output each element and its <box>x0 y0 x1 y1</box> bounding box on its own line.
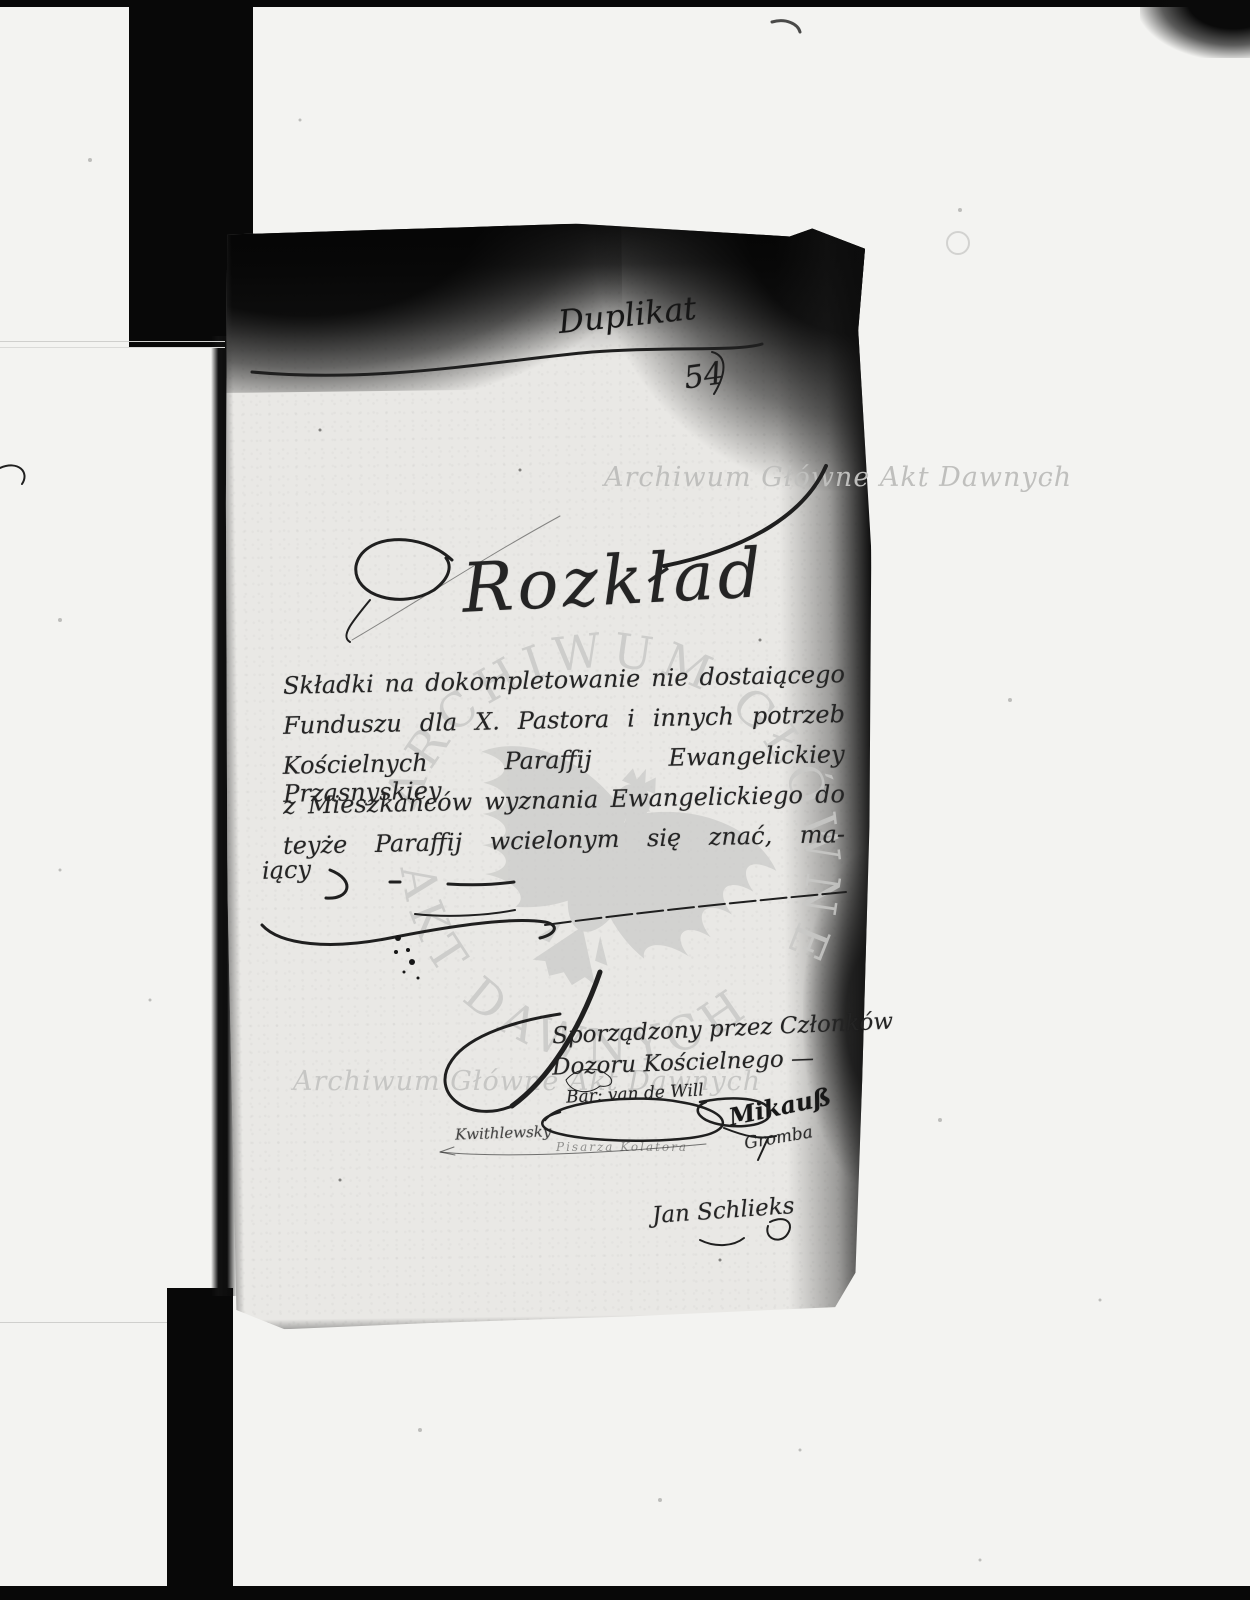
scanned-archive-photo: Archiwum Główne Akt Dawnych Archiwum Głó… <box>0 0 1250 1600</box>
signature: Kwithlewsky <box>455 1122 552 1143</box>
handwritten-title: Rozkład <box>460 534 767 629</box>
paper-mark <box>772 21 800 32</box>
paper-seam <box>0 1322 167 1323</box>
film-strip-bottom <box>0 1586 1250 1600</box>
burned-edge-top <box>219 220 869 363</box>
film-band-bottom <box>167 1288 233 1600</box>
archive-watermark-text: Archiwum Główne Akt Dawnych <box>604 462 1072 493</box>
paper-ring-mark <box>947 232 969 254</box>
paper-seam <box>0 341 225 342</box>
handwritten-body-line: iący <box>262 855 312 885</box>
burned-edge-top-right <box>595 220 870 493</box>
film-corner-blob <box>1140 0 1250 58</box>
handwritten-page-number: 54 <box>682 355 726 396</box>
paper-seam <box>0 347 225 348</box>
page-bottom-shade <box>233 1312 881 1330</box>
signature-faint-note: Pisarza Kolatora <box>556 1140 688 1154</box>
paper-mark <box>0 465 25 484</box>
